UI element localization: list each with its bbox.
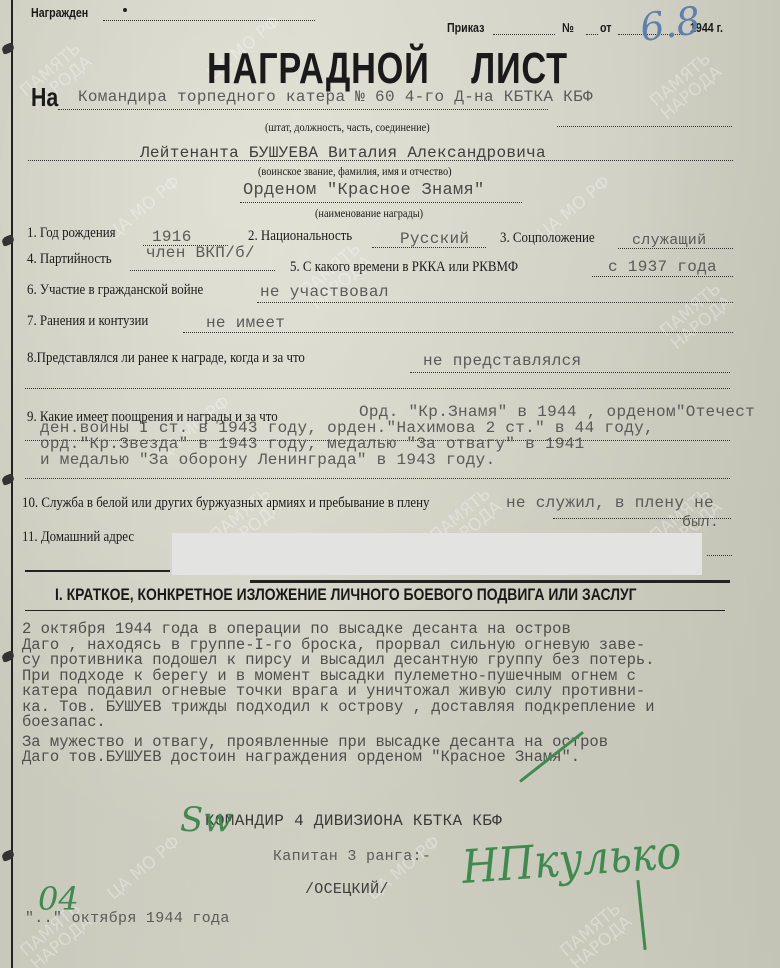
redacted-address xyxy=(172,533,702,575)
field-4-label: 4. Партийность xyxy=(27,251,112,268)
field-2-label: 2. Национальность xyxy=(248,228,352,245)
watermark: ЦА МО РФ xyxy=(105,834,184,904)
order-label: Приказ xyxy=(447,20,484,35)
number-label: № xyxy=(562,20,574,35)
from-label: от xyxy=(600,20,611,35)
watermark: ПАМЯТЬ НАРОДА xyxy=(648,51,726,124)
award-value: Орденом "Красное Знамя" xyxy=(243,181,485,200)
field-1-label: 1. Год рождения xyxy=(27,225,116,242)
order-field xyxy=(493,34,555,35)
section-title: I. КРАТКОЕ, КОНКРЕТНОЕ ИЗЛОЖЕНИЕ ЛИЧНОГО… xyxy=(55,585,637,605)
left-margin-line xyxy=(11,0,13,968)
field-5-value: с 1937 года xyxy=(608,258,717,276)
field-2-value: Русский xyxy=(400,230,469,248)
field-10-value-line-2: был. xyxy=(682,514,719,531)
field-4-line xyxy=(130,270,275,271)
field-9-value-line-1: Орд. "Кр.Знамя" в 1944 , орденом"Отечест xyxy=(359,405,755,420)
awarded-field xyxy=(103,20,315,21)
signatory-title: КОМАНДИР 4 ДИВИЗИОНА КБТКА КБФ xyxy=(205,812,502,830)
binding-hole xyxy=(1,234,15,247)
ink-dot xyxy=(123,8,127,12)
number-field xyxy=(586,34,598,35)
position-caption: (штат, должность, часть, соединение) xyxy=(265,120,430,135)
narrative-line: боезапас. xyxy=(22,715,655,731)
section-rule-top-right xyxy=(250,580,730,583)
field-7-value: не имеет xyxy=(206,314,285,332)
name-value: Лейтенанта БУШУЕВА Виталия Александрович… xyxy=(140,144,546,162)
binding-hole xyxy=(1,650,15,663)
to-label: На xyxy=(31,82,58,113)
handwritten-order-number: 6.8 xyxy=(637,0,703,50)
field-10-label: 10. Служба в белой или других буржуазных… xyxy=(22,495,429,512)
field-7-label: 7. Ранения и контузии xyxy=(27,313,148,330)
field-8-label: 8.Представлялся ли ранее к награде, когд… xyxy=(27,350,305,367)
handwritten-date-day: 04 xyxy=(38,880,79,918)
watermark: ПАМЯТЬ НАРОДА xyxy=(558,901,636,968)
field-5-line xyxy=(592,276,733,277)
section-rule-top xyxy=(25,570,170,572)
field-10-value-line-1: не служил, в плену не xyxy=(506,494,714,512)
field-11-line xyxy=(707,555,732,556)
signature-stroke xyxy=(636,880,646,950)
field-9-value-line-4: и медалью "За оборону Ленинграда" в 1943… xyxy=(40,451,495,469)
position-value: Командира торпедного катера № 60 4-го Д-… xyxy=(78,88,593,106)
position-field xyxy=(58,109,548,110)
field-3-label: 3. Соцположение xyxy=(500,230,595,247)
field-11-label: 11. Домашний адрес xyxy=(22,529,134,546)
field-6-line xyxy=(257,302,733,303)
field-3-value: служащий xyxy=(632,232,706,249)
awarded-label: Награжден xyxy=(31,5,88,20)
signatory-name: /ОСЕЦКИЙ/ xyxy=(305,881,389,898)
handwritten-signature: НПкулько xyxy=(460,825,683,894)
watermark: ПАМЯТЬ НАРОДА xyxy=(658,281,736,354)
award-caption: (наименование награды) xyxy=(315,206,423,221)
field-8-line-2 xyxy=(25,388,730,389)
field-7-line xyxy=(183,332,733,333)
section-rule-bottom xyxy=(25,610,725,611)
position-field-2 xyxy=(557,126,732,127)
field-6-label: 6. Участие в гражданской войне xyxy=(27,282,203,299)
binding-hole xyxy=(1,473,15,486)
narrative-line: ка. Тов. БУШУЕВ трижды подходил к остров… xyxy=(22,700,655,716)
award-field xyxy=(240,202,522,203)
field-4-value: член ВКП/б/ xyxy=(146,244,255,262)
field-9-line-2 xyxy=(25,478,730,479)
handwritten-initials: Sw xyxy=(180,800,232,840)
signatory-rank: Капитан 3 ранга:- xyxy=(273,848,431,865)
narrative: 2 октября 1944 года в операции по высадк… xyxy=(22,622,655,766)
binding-hole xyxy=(1,42,15,55)
field-6-value: не участвовал xyxy=(260,283,389,301)
document-title: НАГРАДНОЙ ЛИСТ xyxy=(207,44,568,94)
field-5-label: 5. С какого времени в РККА или РКВМФ xyxy=(290,259,518,276)
field-8-value: не представлялся xyxy=(423,352,581,370)
field-8-line xyxy=(410,372,730,373)
binding-hole xyxy=(1,849,15,862)
name-caption: (воинское звание, фамилия, имя и отчеств… xyxy=(258,164,452,179)
